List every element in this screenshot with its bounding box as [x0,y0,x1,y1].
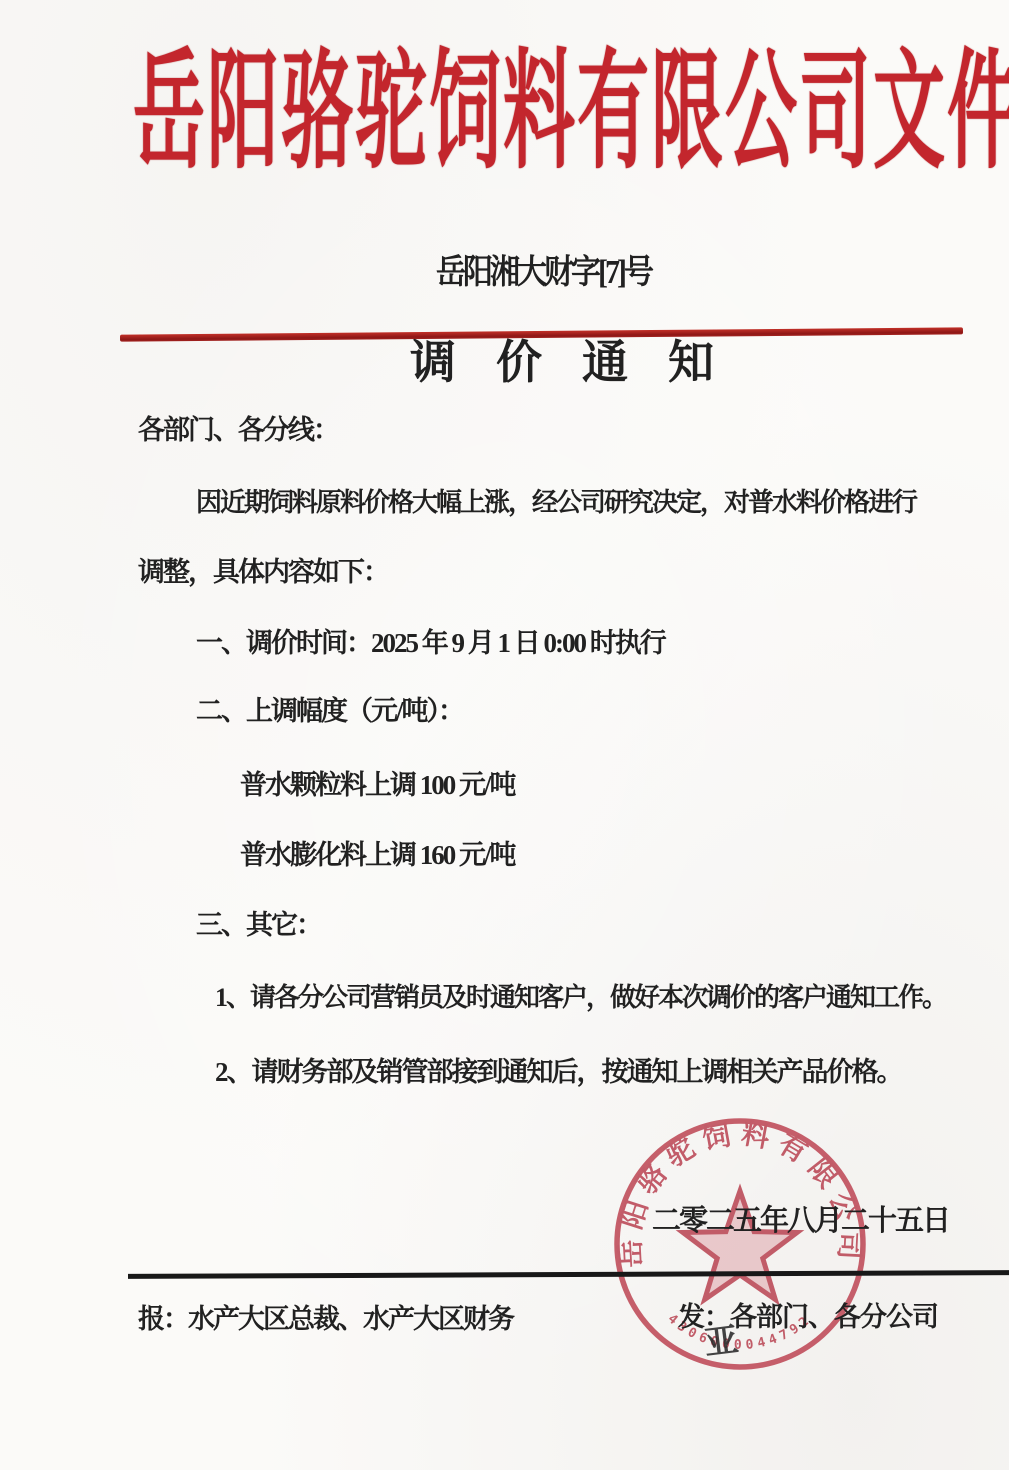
salutation-line: 各部门、各分线： [138,415,338,446]
footer-report-line: 报：水产大区总裁、水产大区财务 [138,1297,513,1336]
item-one-adjust-time: 一、调价时间：2025 年 9 月 1 日 0:00 时执行 [196,628,665,659]
overprint-glyph: 亚 [701,1312,741,1365]
doc-number: 岳阳湘大财字[7]号 [436,244,651,293]
document-date: 二零二五年八月二十五日 [652,1198,949,1239]
item-three-sub1-notify-customers: 1、请各分公司营销员及时通知客户，做好本次调价的客户通知工作。 [215,983,946,1013]
item-two-sub1-pellet-feed: 普水颗粒料上调 100 元/吨 [240,770,515,801]
item-three-sub2-finance-sales: 2、请财务部及销管部接到通知后，按通知上调相关产品价格。 [215,1057,902,1088]
company-seal-stamp: 岳阳骆驼饲料有限公司 4306000044792 [608,1112,872,1376]
company-title: 岳阳骆驼饲料有限公司文件 [133,48,1009,178]
item-three-others: 三、其它： [196,910,321,941]
item-two-sub2-extruded-feed: 普水膨化料上调 160 元/吨 [240,840,515,871]
notice-title: 调价通知 [410,340,754,386]
intro-paragraph-line2: 调整，具体内容如下： [138,557,388,588]
intro-paragraph-line1: 因近期饲料原料价格大幅上涨，经公司研究决定，对普水料价格进行 [196,488,916,518]
footer-divider-rule [128,1270,1009,1279]
item-two-increase-range: 二、上调幅度（元/吨）： [196,696,463,727]
